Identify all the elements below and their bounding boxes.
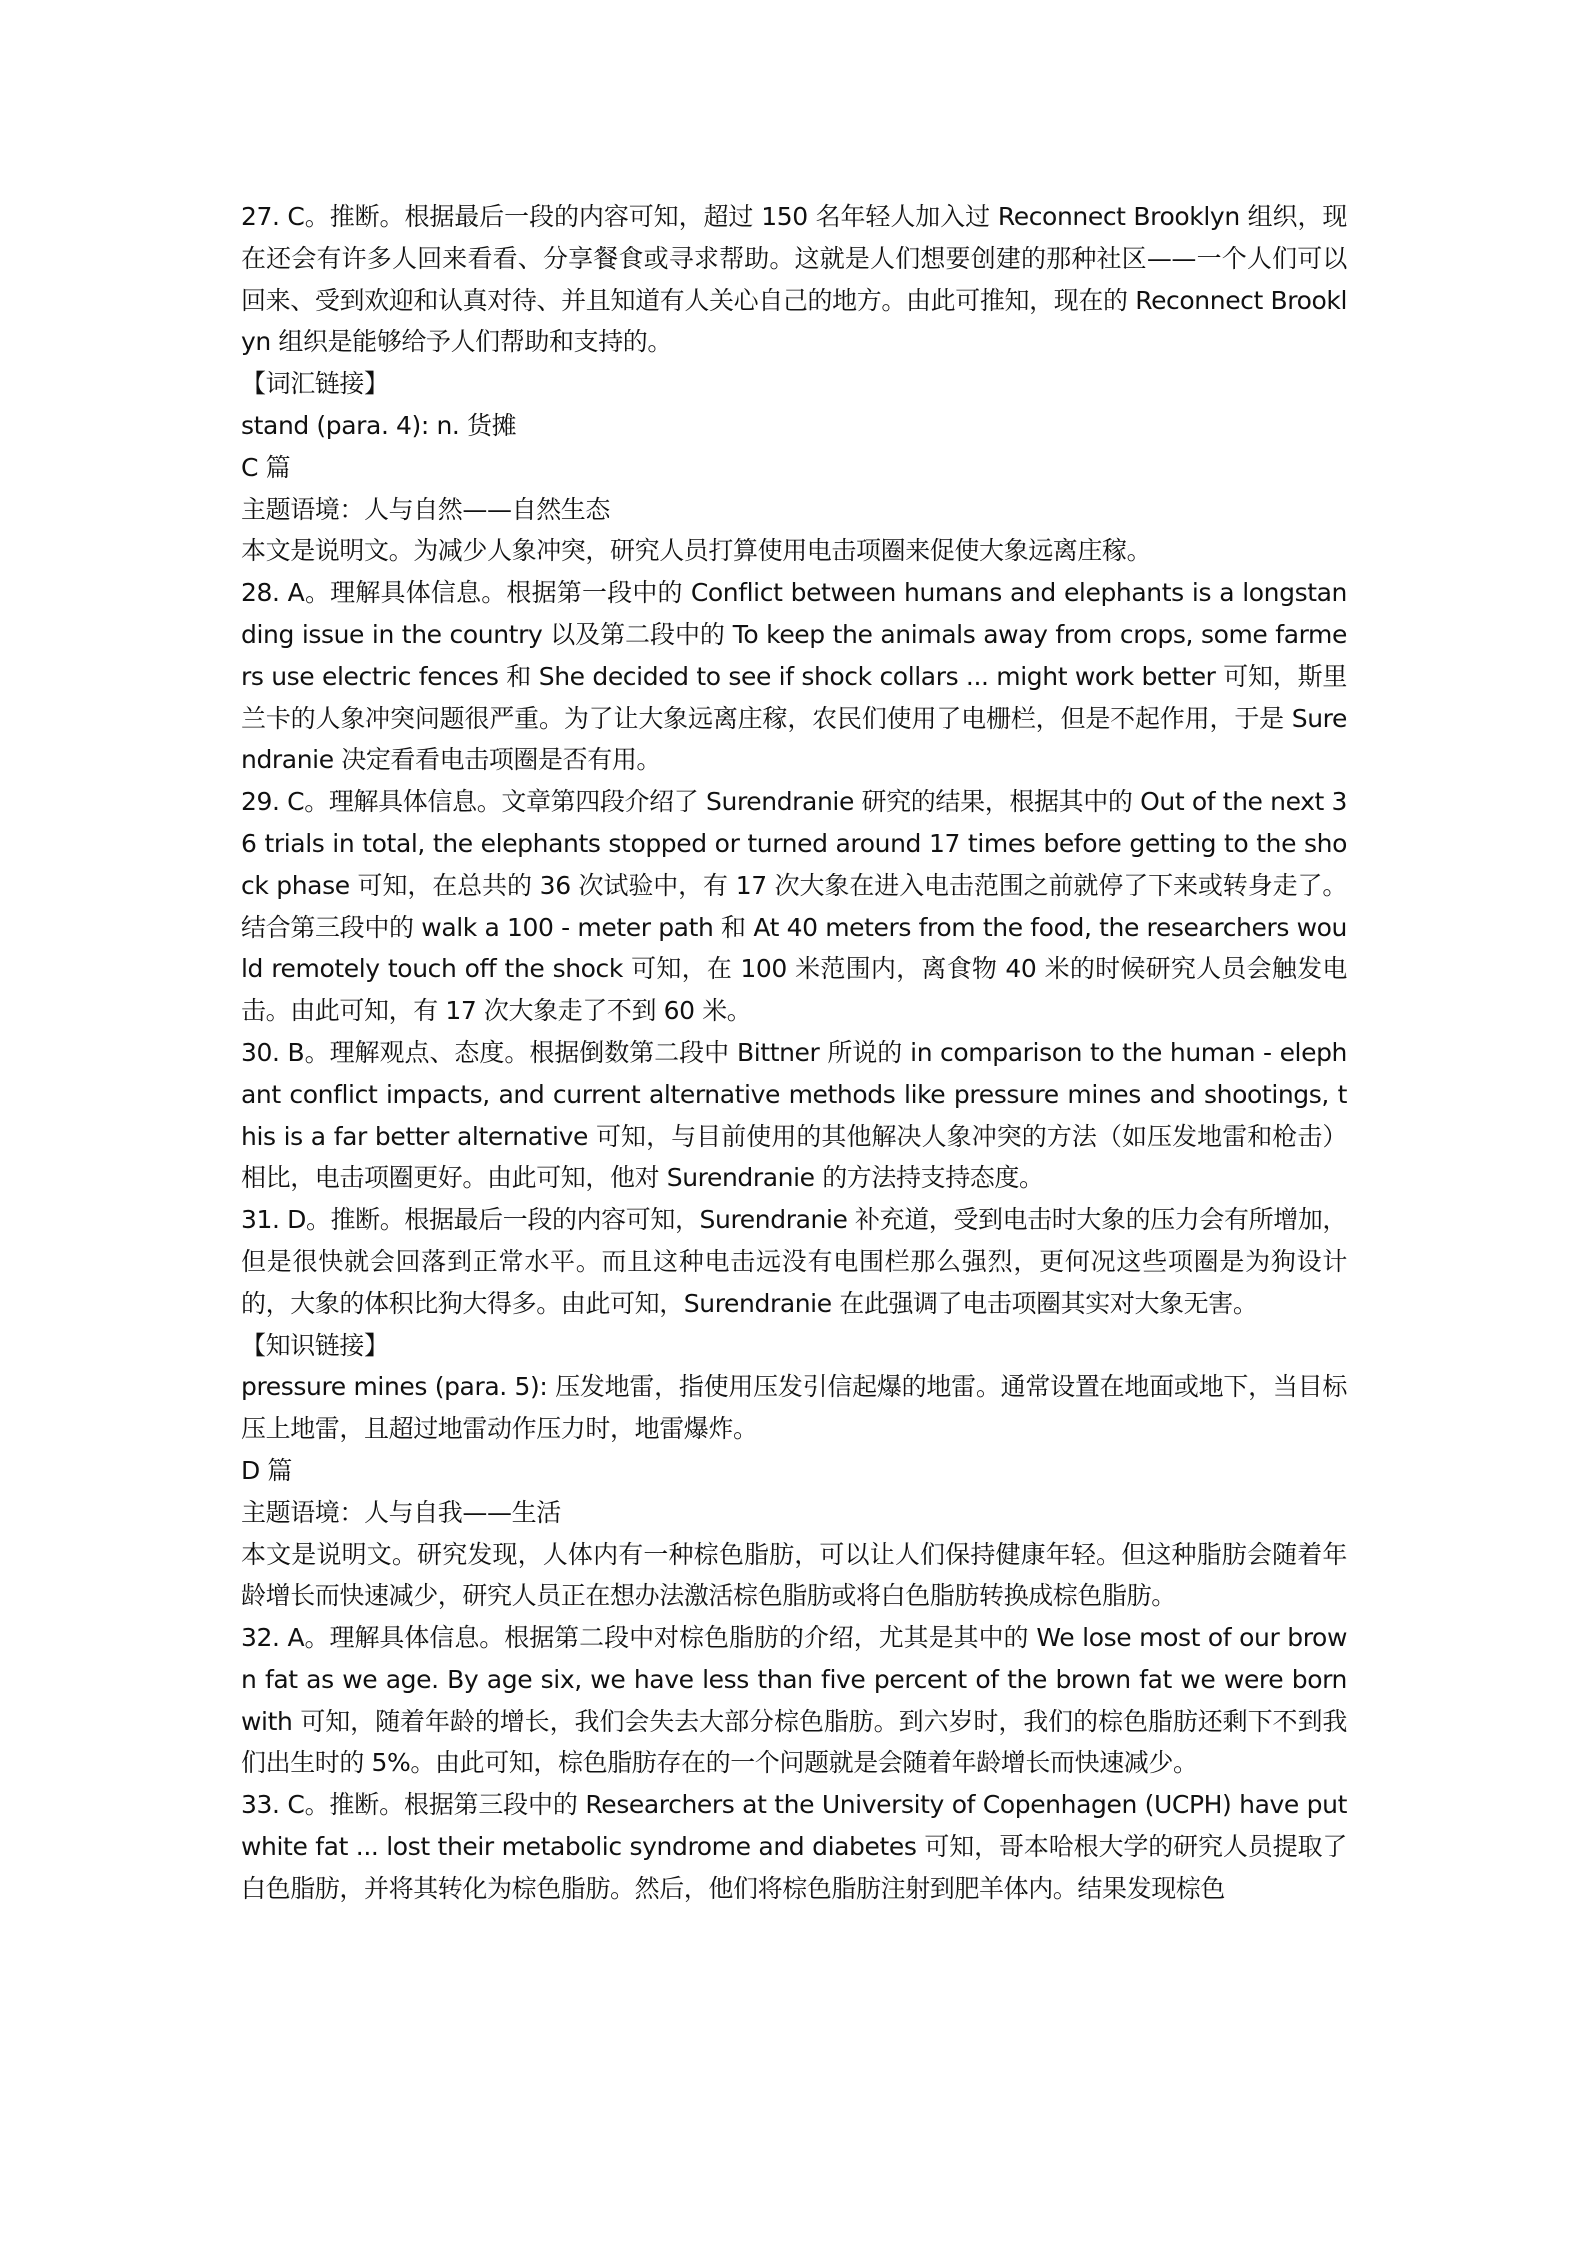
answer-28-explanation: 28. A。理解具体信息。根据第一段中的 Conflict between hu…: [241, 572, 1347, 781]
section-d-heading: D 篇: [241, 1450, 1347, 1492]
answer-27-explanation: 27. C。推断。根据最后一段的内容可知，超过 150 名年轻人加入过 Reco…: [241, 196, 1347, 363]
knowledge-entry-pressure-mines: pressure mines (para. 5): 压发地雷，指使用压发引信起爆…: [241, 1366, 1347, 1450]
section-c-heading: C 篇: [241, 447, 1347, 489]
section-d-summary: 本文是说明文。研究发现，人体内有一种棕色脂肪，可以让人们保持健康年轻。但这种脂肪…: [241, 1534, 1347, 1618]
answer-31-explanation: 31. D。推断。根据最后一段的内容可知，Surendranie 补充道，受到电…: [241, 1199, 1347, 1324]
vocabulary-link-heading: 【词汇链接】: [241, 363, 1347, 405]
answer-32-explanation: 32. A。理解具体信息。根据第二段中对棕色脂肪的介绍，尤其是其中的 We lo…: [241, 1617, 1347, 1784]
document-page: 27. C。推断。根据最后一段的内容可知，超过 150 名年轻人加入过 Reco…: [241, 196, 1347, 1910]
knowledge-link-heading: 【知识链接】: [241, 1325, 1347, 1367]
answer-33-explanation: 33. C。推断。根据第三段中的 Researchers at the Univ…: [241, 1784, 1347, 1909]
section-c-summary: 本文是说明文。为减少人象冲突，研究人员打算使用电击项圈来促使大象远离庄稼。: [241, 530, 1347, 572]
answer-29-explanation: 29. C。理解具体信息。文章第四段介绍了 Surendranie 研究的结果，…: [241, 781, 1347, 1032]
answer-30-explanation: 30. B。理解观点、态度。根据倒数第二段中 Bittner 所说的 in co…: [241, 1032, 1347, 1199]
vocabulary-entry-stand: stand (para. 4): n. 货摊: [241, 405, 1347, 447]
section-c-theme: 主题语境：人与自然——自然生态: [241, 489, 1347, 531]
section-d-theme: 主题语境：人与自我——生活: [241, 1492, 1347, 1534]
